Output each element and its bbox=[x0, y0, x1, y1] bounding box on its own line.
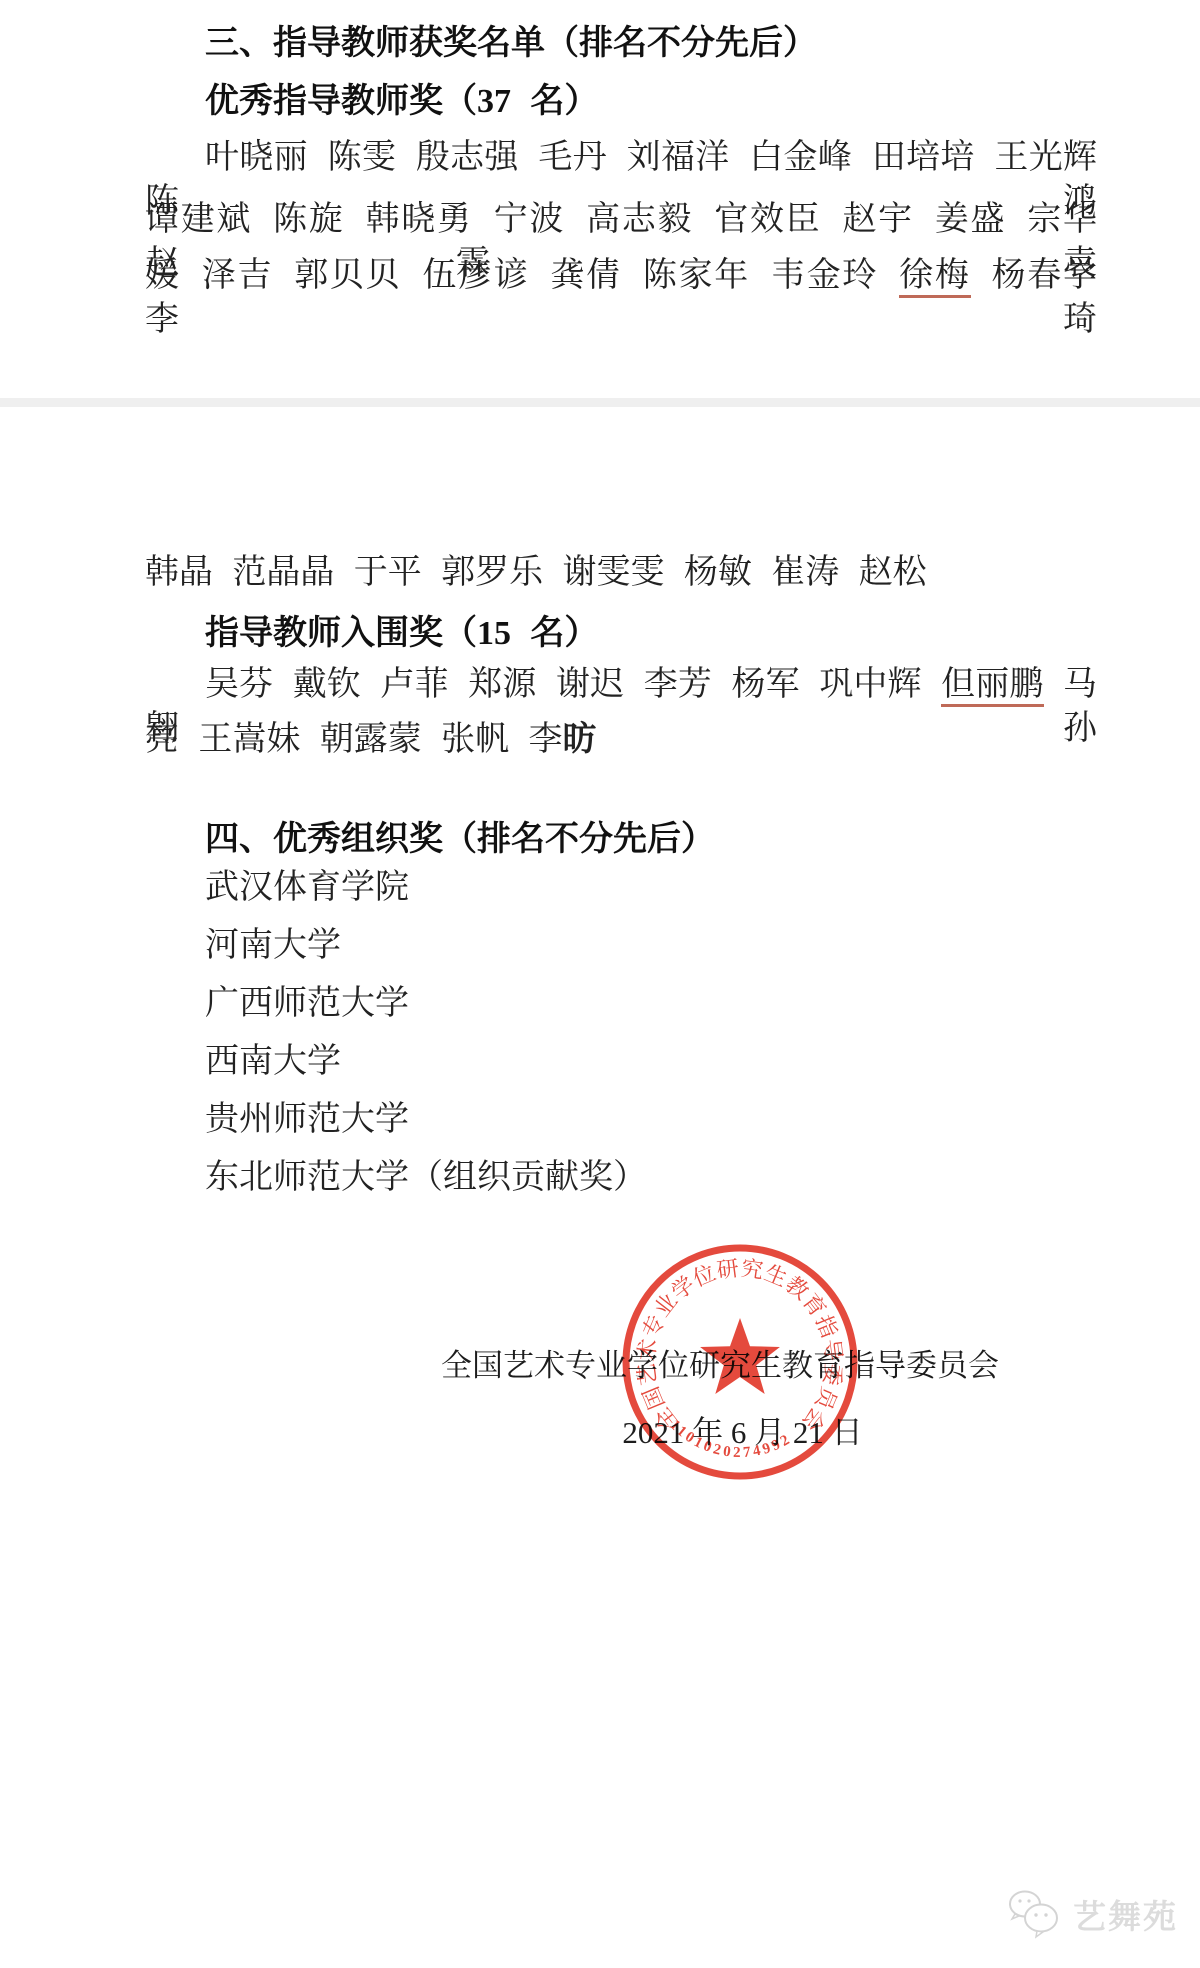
watermark-label: 艺舞苑 bbox=[1073, 1891, 1178, 1938]
page-break-divider bbox=[0, 398, 1200, 407]
org-award-item: 贵州师范大学 bbox=[145, 1098, 1097, 1142]
org-award-item: 广西师范大学 bbox=[145, 982, 1097, 1026]
official-red-seal-stamp: 全国艺术专业学位研究生教育指导委员会 1101020274992 bbox=[618, 1240, 862, 1484]
bold-name-char: 昉 bbox=[563, 720, 597, 758]
org-award-item: 东北师范大学（组织贡献奖） bbox=[145, 1156, 1097, 1200]
excellent-names-line4: 韩晶 范晶晶 于平 郭罗乐 谢雯雯 杨敏 崔涛 赵松 bbox=[145, 551, 1097, 595]
section3-heading: 三、指导教师获奖名单（排名不分先后） bbox=[145, 22, 1097, 66]
org-award-item: 河南大学 bbox=[145, 924, 1097, 968]
org-award-item: 武汉体育学院 bbox=[145, 866, 1097, 910]
document-page: 三、指导教师获奖名单（排名不分先后） 优秀指导教师奖（37 名） 叶晓丽 陈雯 … bbox=[0, 0, 1200, 1968]
underlined-name: 但丽鹏 bbox=[941, 666, 1043, 707]
svg-text:1101020274992: 1101020274992 bbox=[666, 1417, 795, 1461]
excellent-award-heading: 优秀指导教师奖（37 名） bbox=[145, 80, 1097, 124]
names-text: 亮 王嵩妹 朝露蒙 张帆 李 bbox=[145, 721, 563, 758]
finalist-names-line2: 亮 王嵩妹 朝露蒙 张帆 李昉 bbox=[145, 717, 1097, 762]
finalist-award-heading: 指导教师入围奖（15 名） bbox=[145, 612, 1097, 656]
section4-heading: 四、优秀组织奖（排名不分先后） bbox=[145, 818, 1097, 862]
seal-star-icon bbox=[700, 1318, 780, 1394]
wechat-bubbles-icon bbox=[1005, 1888, 1063, 1940]
underlined-name: 徐梅 bbox=[899, 257, 970, 298]
org-award-item: 西南大学 bbox=[145, 1040, 1097, 1084]
publisher-watermark: 艺舞苑 bbox=[1005, 1888, 1178, 1940]
excellent-names-line3: 媛 泽吉 郭贝贝 伍彦谚 龚倩 陈家年 韦金玲 徐梅 杨春学 李琦 bbox=[145, 254, 1097, 342]
names-text: 媛 泽吉 郭贝贝 伍彦谚 龚倩 陈家年 韦金玲 bbox=[145, 257, 899, 294]
organization-award-list: 武汉体育学院 河南大学 广西师范大学 西南大学 贵州师范大学 东北师范大学（组织… bbox=[145, 866, 1097, 1214]
names-text: 吴芬 戴钦 卢菲 郑源 谢迟 李芳 杨军 巩中辉 bbox=[205, 666, 941, 703]
seal-serial-number: 1101020274992 bbox=[666, 1417, 795, 1461]
